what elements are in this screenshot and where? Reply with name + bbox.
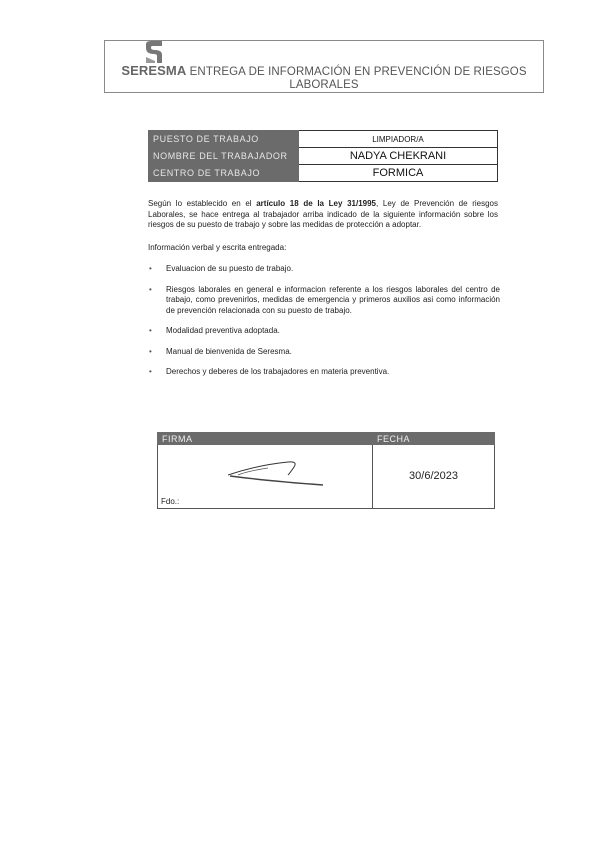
nombre-value: NADYA CHEKRANI [299, 148, 498, 165]
signature-table: FIRMA FECHA Fdo.: 30/6/2023 [157, 432, 495, 509]
table-row: CENTRO DE TRABAJO FORMICA [149, 165, 498, 182]
fdo-label: Fdo.: [161, 497, 179, 506]
centro-label: CENTRO DE TRABAJO [149, 165, 299, 182]
centro-value: FORMICA [299, 165, 498, 182]
info-subheading: Información verbal y escrita entregada: [148, 243, 286, 252]
fecha-header: FECHA [373, 433, 495, 445]
document-title: SERESMA ENTREGA DE INFORMACIÓN EN PREVEN… [104, 64, 544, 92]
signature-field[interactable]: Fdo.: [158, 445, 373, 509]
list-item: Riesgos laborales en general e informaci… [148, 285, 500, 317]
fecha-value: 30/6/2023 [373, 470, 494, 482]
list-item: Modalidad preventiva adoptada. [148, 326, 500, 337]
worker-info-table: PUESTO DE TRABAJO LIMPIADOR/A NOMBRE DEL… [148, 130, 498, 182]
info-list: Evaluacion de su puesto de trabajo. Ries… [148, 264, 500, 388]
intro-paragraph: Según lo establecido en el artículo 18 d… [148, 199, 498, 231]
intro-text: Según lo establecido en el [148, 199, 256, 208]
seresma-logo-icon [143, 41, 165, 63]
title-line1: ENTREGA DE INFORMACIÓN EN PREVENCIÓN DE … [190, 66, 527, 78]
table-row: NOMBRE DEL TRABAJADOR NADYA CHEKRANI [149, 148, 498, 165]
table-row: PUESTO DE TRABAJO LIMPIADOR/A [149, 131, 498, 148]
puesto-value: LIMPIADOR/A [299, 131, 498, 148]
brand-name: SERESMA [121, 63, 186, 78]
nombre-label: NOMBRE DEL TRABAJADOR [149, 148, 299, 165]
firma-header: FIRMA [158, 433, 373, 445]
law-reference: artículo 18 de la Ley 31/1995 [256, 199, 376, 208]
list-item: Manual de bienvenida de Seresma. [148, 347, 500, 358]
handwritten-signature-icon [228, 459, 328, 489]
puesto-label: PUESTO DE TRABAJO [149, 131, 299, 148]
date-field[interactable]: 30/6/2023 [373, 445, 495, 509]
title-line2: LABORALES [289, 79, 358, 91]
list-item: Derechos y deberes de los trabajadores e… [148, 367, 500, 378]
list-item: Evaluacion de su puesto de trabajo. [148, 264, 500, 275]
